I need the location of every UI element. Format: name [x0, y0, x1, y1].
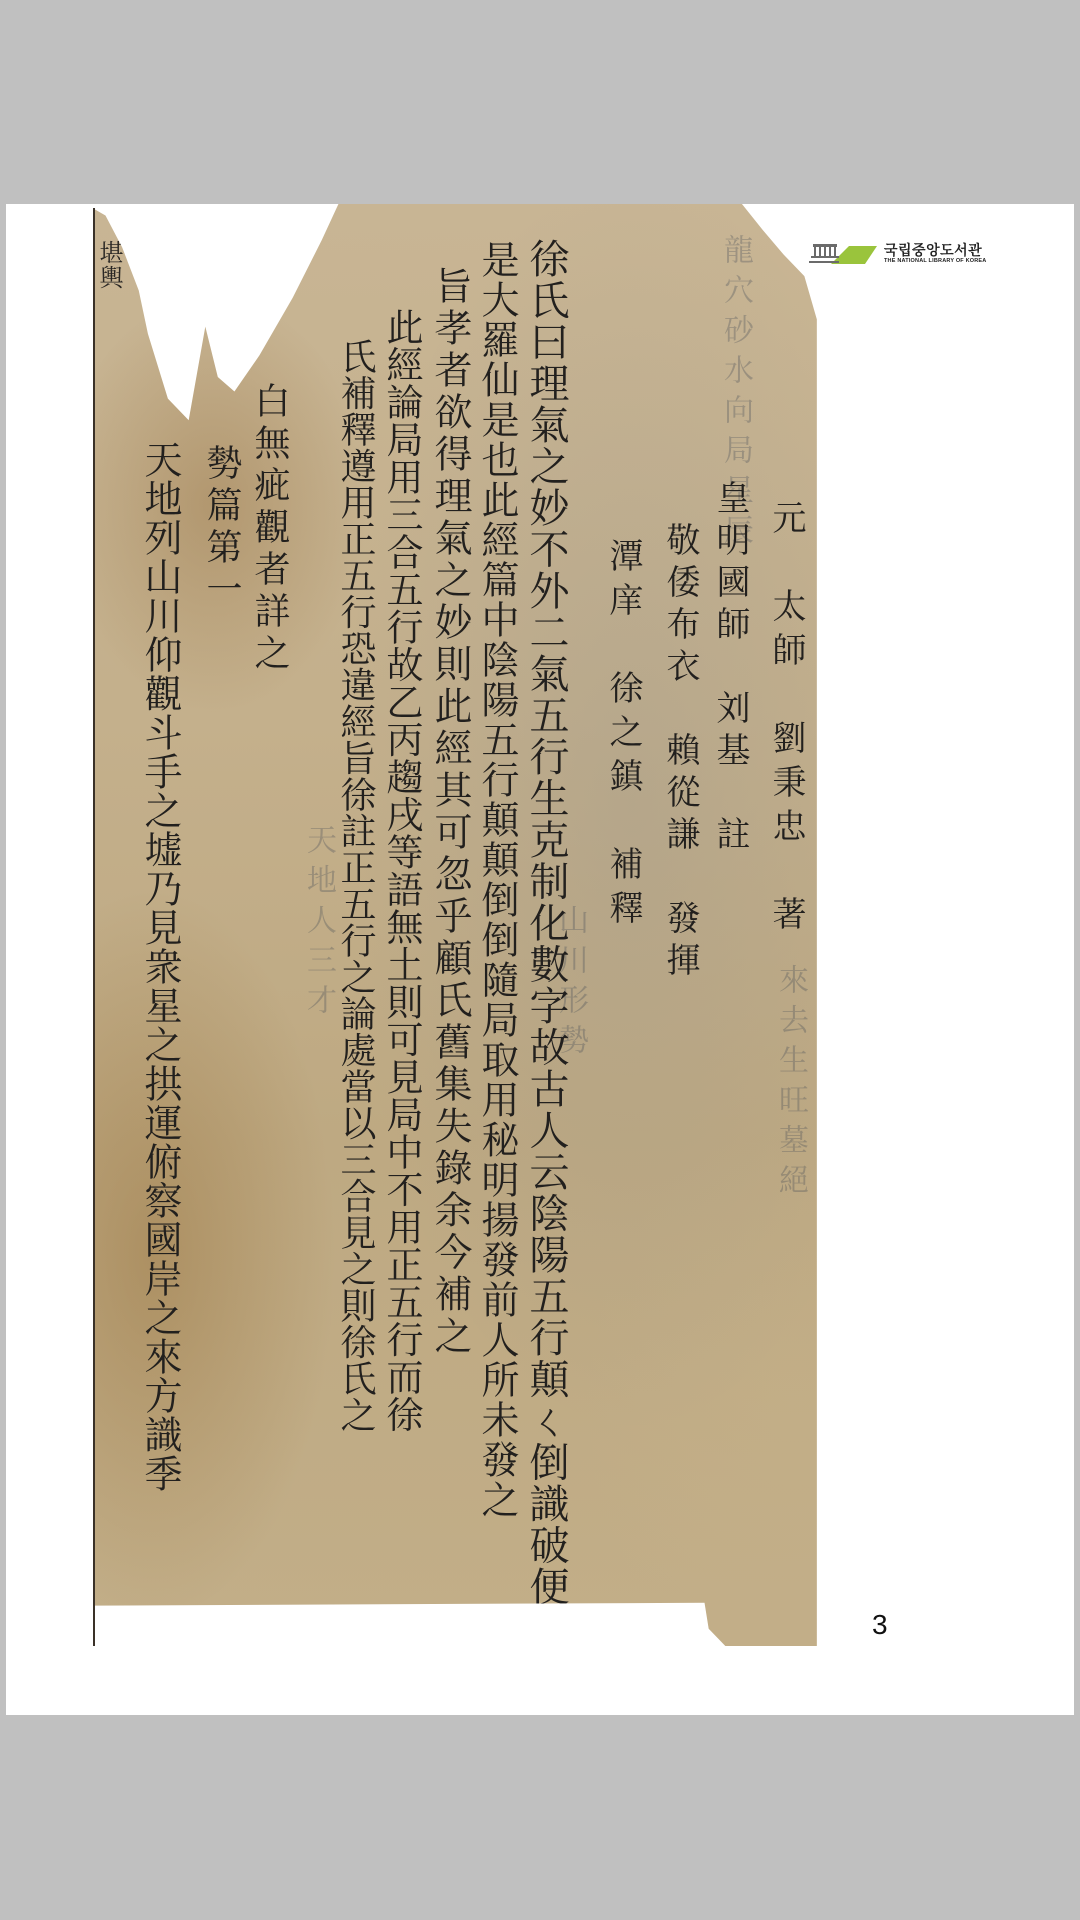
document-page: 天星地理氣陰陽五行山水 龍穴砂水向局星辰 來去生旺墓絕 山川形勢 天地人三才 堪… — [6, 204, 1074, 1715]
margin-fragment: 堪輿 — [97, 240, 121, 290]
library-name-korean: 국립중앙도서관 — [884, 240, 982, 260]
body-column-6: 白無疵觀者詳之 — [251, 382, 287, 676]
document-viewer: 天星地理氣陰陽五行山水 龍穴砂水向局星辰 來去生旺墓絕 山川形勢 天地人三才 堪… — [0, 0, 1080, 1920]
library-building-icon — [809, 242, 877, 266]
body-column-5: 氏補釋遵用正五行恐違經旨徐註正五行之論處當以三合見之則徐氏之 — [337, 338, 373, 1433]
author-column-3: 敬倭布衣 賴從謙 發揮 — [663, 522, 697, 984]
binding-edge-line — [93, 208, 95, 1646]
body-column-4: 此經論局用三合五行故乙丙趨戌等語無土則可見局中不用正五行而徐 — [383, 308, 420, 1433]
library-logo: 국립중앙도서관 THE NATIONAL LIBRARY OF KOREA — [809, 240, 999, 268]
title-annotation-left: 互看不難如夫婦之相隨則古師如再見 — [829, 684, 855, 1116]
page-number: 3 — [872, 1609, 888, 1641]
author-column-2: 皇明國師 刘基 註 — [713, 480, 747, 858]
body-column-2: 是大羅仙是也此經篇中陰陽五行顛顛倒倒隨局取用秘明揚發前人所未發之 — [478, 240, 516, 1520]
bleed-through-text: 天地人三才 — [303, 824, 333, 1024]
body-column-3: 旨孝者欲得理氣之妙則此經其可忽乎顧氏舊集失錄余今補之 — [431, 266, 469, 1358]
section-heading: 勢篇第一 — [203, 444, 239, 612]
manuscript-scan: 天星地理氣陰陽五行山水 龍穴砂水向局星辰 來去生旺墓絕 山川形勢 天地人三才 堪… — [93, 204, 925, 1646]
title-annotation-right: 催官篇言天星玉尺經言理氣當并催官 — [865, 656, 891, 1088]
bleed-through-text: 來去生旺墓絕 — [775, 964, 805, 1204]
title-column: 玉尺經 地理正宗 — [831, 304, 881, 752]
body-column-1: 徐氏曰理氣之妙不外二氣五行生克制化數字故古人云陰陽五行顛ㄑ倒識破便 — [526, 238, 566, 1608]
author-column-4: 潭庠 徐之鎮 補釋 — [606, 538, 640, 934]
body-column-8: 天地列山川仰觀斗手之墟乃見衆星之拱運俯察國岸之來方識季 — [141, 440, 179, 1493]
author-column-1: 元 太師 劉秉忠 著 — [769, 500, 803, 940]
library-name-english: THE NATIONAL LIBRARY OF KOREA — [884, 258, 986, 264]
bleed-through-text: 天星地理氣陰陽五行山水 — [835, 264, 865, 704]
